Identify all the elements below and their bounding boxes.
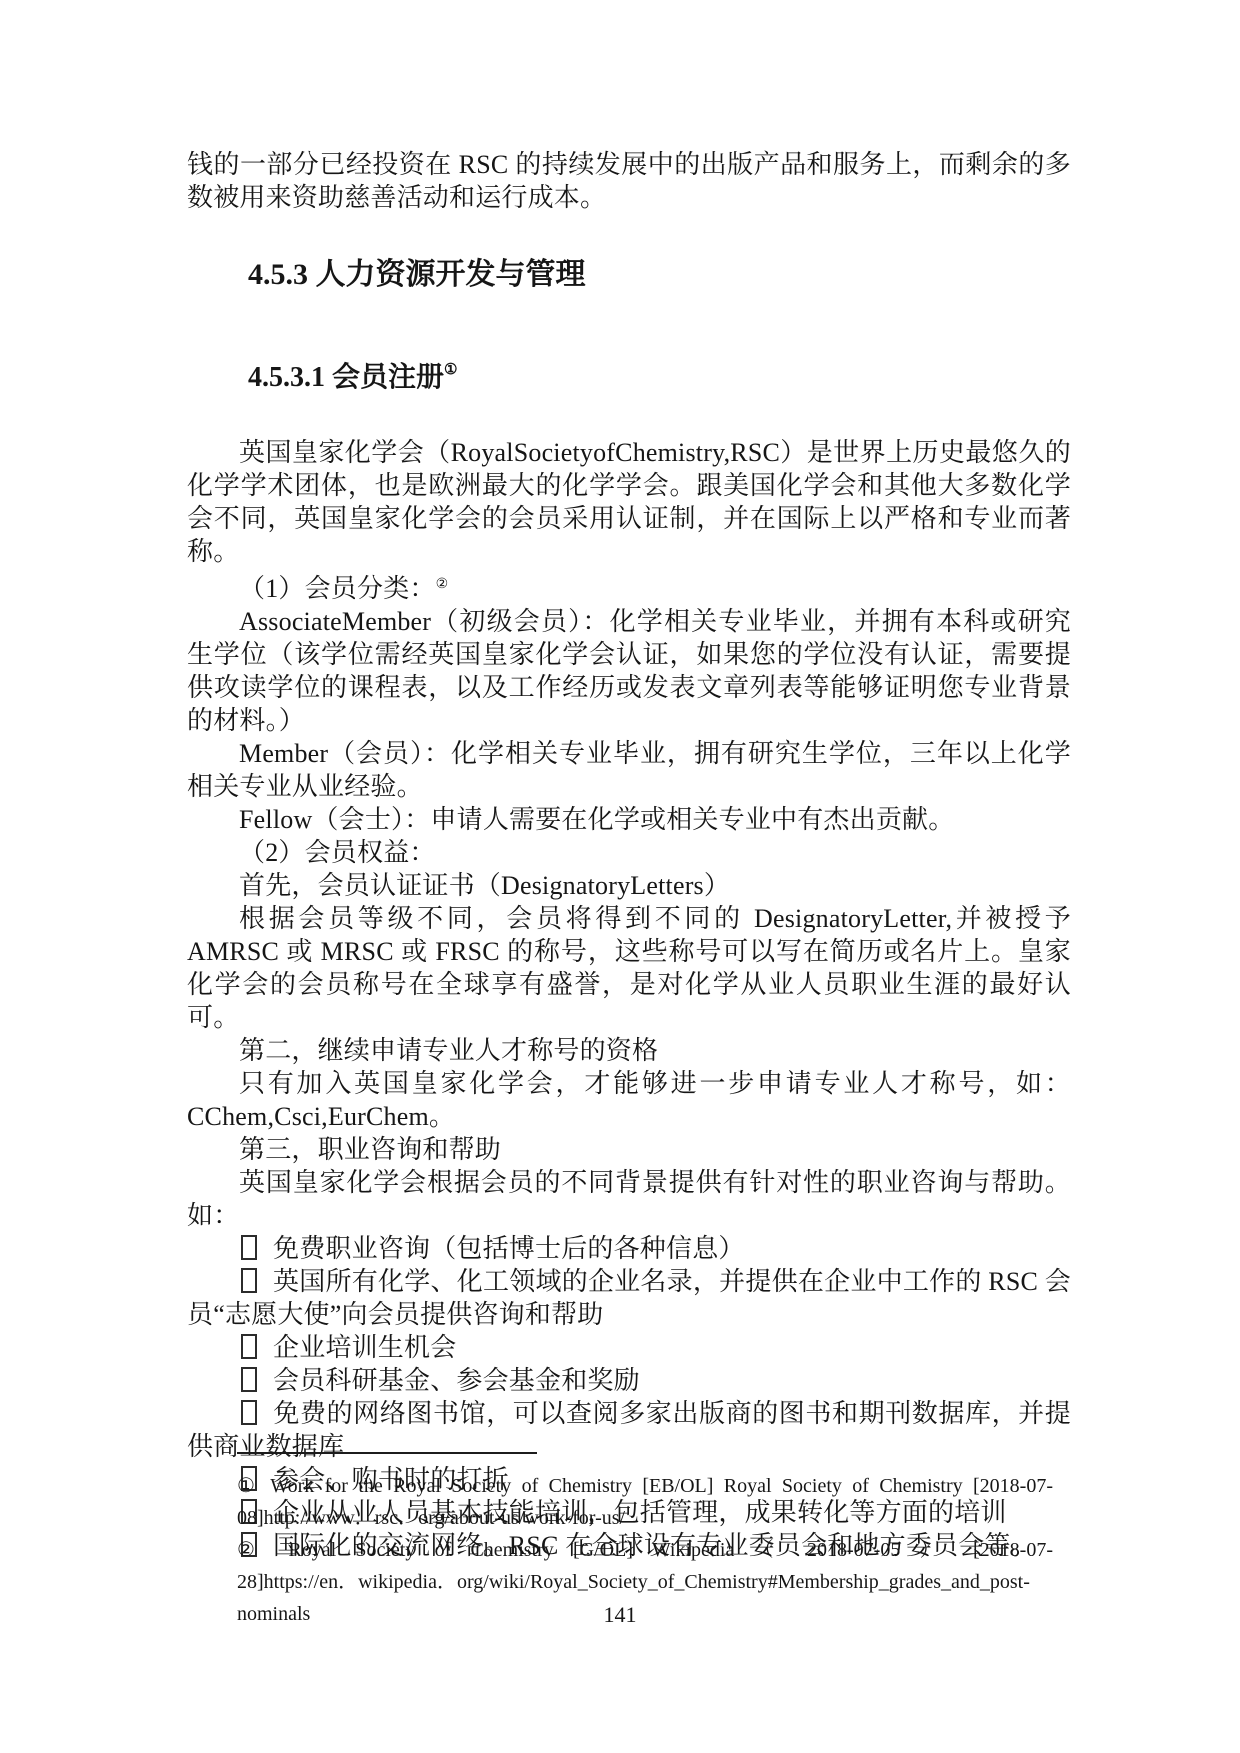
bullet-text: 英国所有化学、化工领域的企业名录，并提供在企业中工作的 RSC 会员“志愿大使”… xyxy=(187,1267,1071,1329)
member-rights-label: （2）会员权益： xyxy=(187,836,1071,869)
footnote-ref-1-icon: ① xyxy=(444,362,457,378)
associate-member-paragraph: AssociateMember（初级会员）：化学相关专业毕业，并拥有本科或研究生… xyxy=(187,605,1071,737)
intro-continuation-paragraph: 钱的一部分已经投资在 RSC 的持续发展中的出版产品和服务上，而剩余的多数被用来… xyxy=(187,148,1071,214)
checkbox-glyph-icon xyxy=(241,1235,257,1260)
document-page: 钱的一部分已经投资在 RSC 的持续发展中的出版产品和服务上，而剩余的多数被用来… xyxy=(0,0,1240,1753)
third-benefit-paragraph: 英国皇家化学会根据会员的不同背景提供有针对性的职业咨询与帮助。如： xyxy=(187,1166,1071,1232)
second-benefit-label: 第二，继续申请专业人才称号的资格 xyxy=(187,1034,1071,1067)
checkbox-glyph-icon xyxy=(241,1268,257,1293)
overview-paragraph: 英国皇家化学会（RoyalSocietyofChemistry,RSC）是世界上… xyxy=(187,436,1071,568)
member-paragraph: Member（会员）：化学相关专业毕业，拥有研究生学位，三年以上化学相关专业从业… xyxy=(187,737,1071,803)
page-content: 钱的一部分已经投资在 RSC 的持续发展中的出版产品和服务上，而剩余的多数被用来… xyxy=(187,148,1071,1562)
third-benefit-label: 第三，职业咨询和帮助 xyxy=(187,1133,1071,1166)
bullet-item: 企业培训生机会 xyxy=(187,1331,1071,1364)
page-number: 141 xyxy=(0,1602,1240,1628)
bullet-item: 免费职业咨询（包括博士后的各种信息） xyxy=(187,1232,1071,1265)
section-heading: 4.5.3 人力资源开发与管理 xyxy=(187,254,1071,296)
footnote-1-line-2: 08]http://www．rsc．org/about-us/work-for-… xyxy=(237,1502,1053,1534)
footnote-separator xyxy=(237,1452,537,1454)
bullet-text: 免费职业咨询（包括博士后的各种信息） xyxy=(273,1234,745,1263)
designatory-letters-paragraph: 根据会员等级不同，会员将得到不同的 DesignatoryLetter,并被授予… xyxy=(187,902,1071,1034)
member-classification-label: （1）会员分类：② xyxy=(187,568,1071,605)
footnote-1-line-1: ① Work for the Royal Society of Chemistr… xyxy=(237,1470,1053,1502)
member-classification-text: （1）会员分类： xyxy=(239,574,436,603)
subsection-heading: 4.5.3.1 会员注册① xyxy=(187,350,1071,398)
bullet-item: 英国所有化学、化工领域的企业名录，并提供在企业中工作的 RSC 会员“志愿大使”… xyxy=(187,1265,1071,1331)
first-benefit-paragraph: 首先，会员认证证书（DesignatoryLetters） xyxy=(187,869,1071,902)
checkbox-glyph-icon xyxy=(241,1334,257,1359)
checkbox-glyph-icon xyxy=(241,1367,257,1392)
bullet-item: 会员科研基金、参会基金和奖励 xyxy=(187,1364,1071,1397)
footnote-2-line-1: ② Royal Society of Chemistry [G/OL] Wiki… xyxy=(237,1534,1053,1566)
bullet-text: 会员科研基金、参会基金和奖励 xyxy=(273,1366,640,1395)
subsection-heading-text: 4.5.3.1 会员注册 xyxy=(248,362,444,393)
footnote-ref-2-icon: ② xyxy=(436,577,449,592)
second-benefit-paragraph: 只有加入英国皇家化学会，才能够进一步申请专业人才称号，如：CChem,Csci,… xyxy=(187,1067,1071,1133)
fellow-paragraph: Fellow（会士）：申请人需要在化学或相关专业中有杰出贡献。 xyxy=(187,803,1071,836)
bullet-text: 企业培训生机会 xyxy=(273,1333,456,1362)
checkbox-glyph-icon xyxy=(241,1400,257,1425)
